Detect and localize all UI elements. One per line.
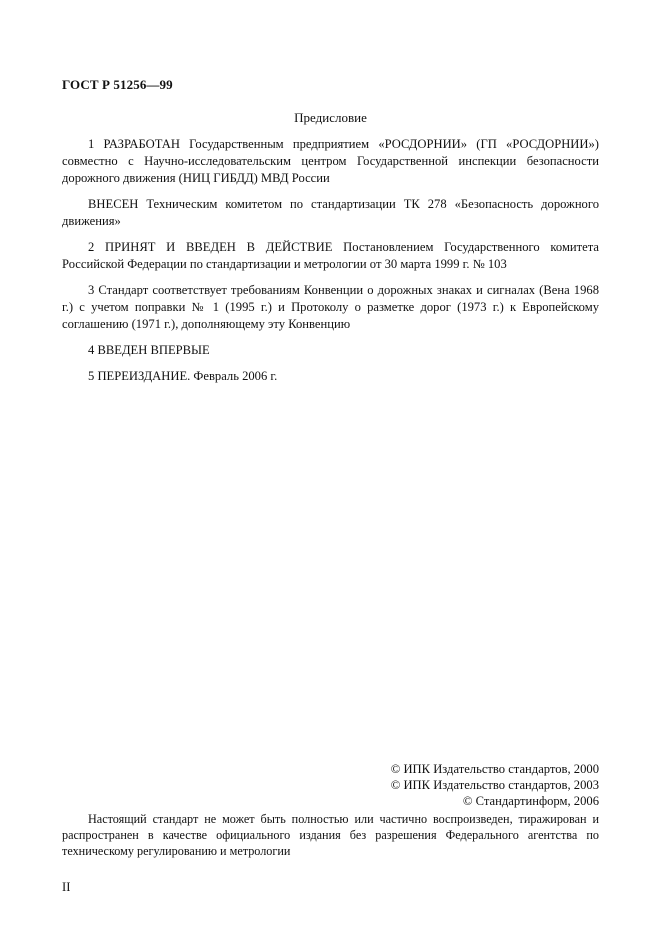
paragraph-adopted: 2 ПРИНЯТ И ВВЕДЕН В ДЕЙСТВИЕ Постановлен… xyxy=(62,239,599,273)
copyright-block: © ИПК Издательство стандартов, 2000 © ИП… xyxy=(391,761,599,809)
document-code: ГОСТ Р 51256—99 xyxy=(62,77,173,93)
paragraph-developed-by: 1 РАЗРАБОТАН Государственным предприятие… xyxy=(62,136,599,187)
paragraph-reissue: 5 ПЕРЕИЗДАНИЕ. Февраль 2006 г. xyxy=(62,368,599,385)
copyright-line: © Стандартинформ, 2006 xyxy=(391,793,599,809)
section-title: Предисловие xyxy=(0,110,661,126)
paragraph-conformity: 3 Стандарт соответствует требованиям Кон… xyxy=(62,282,599,333)
copyright-line: © ИПК Издательство стандартов, 2000 xyxy=(391,761,599,777)
document-page: ГОСТ Р 51256—99 Предисловие 1 РАЗРАБОТАН… xyxy=(0,0,661,936)
page-number: II xyxy=(62,880,70,895)
paragraph-first-introduced: 4 ВВЕДЕН ВПЕРВЫЕ xyxy=(62,342,599,359)
paragraph-submitted-by: ВНЕСЕН Техническим комитетом по стандарт… xyxy=(62,196,599,230)
reproduction-notice: Настоящий стандарт не может быть полност… xyxy=(62,811,599,859)
copyright-line: © ИПК Издательство стандартов, 2003 xyxy=(391,777,599,793)
